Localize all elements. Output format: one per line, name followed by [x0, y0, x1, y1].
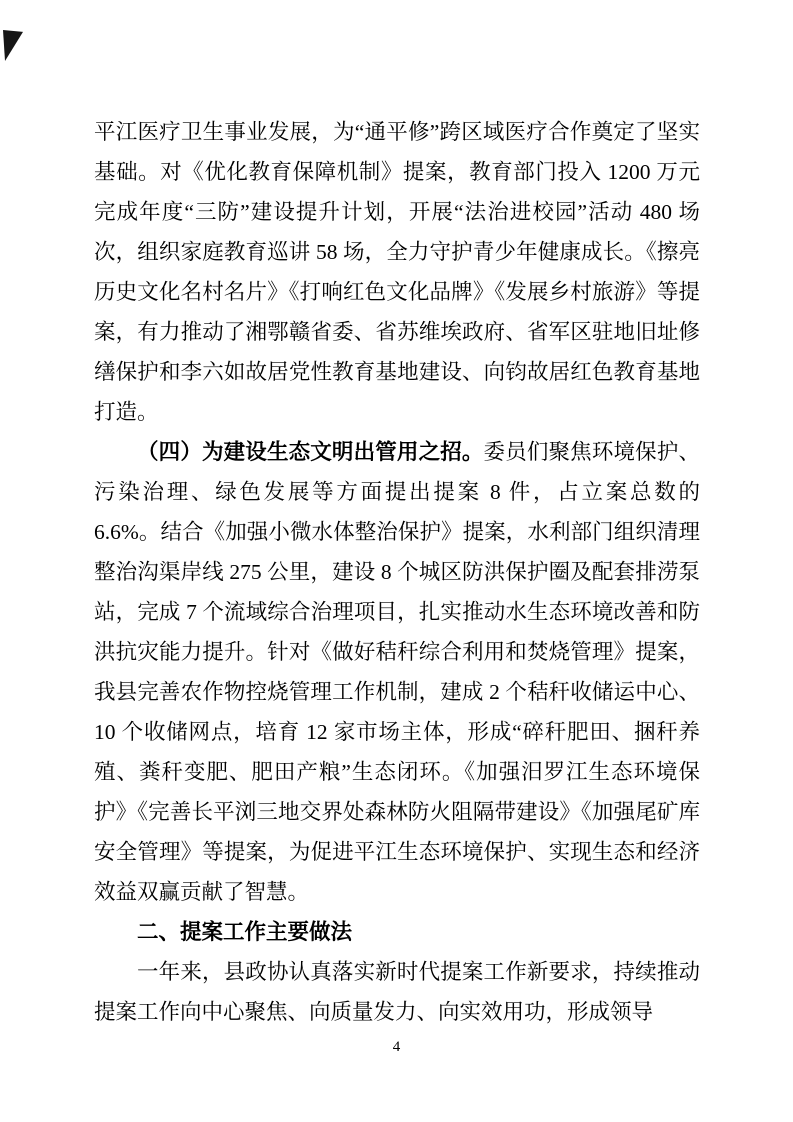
paragraph-ecology-lead: （四）为建设生态文明出管用之招。	[137, 440, 484, 464]
paragraph-ecology: （四）为建设生态文明出管用之招。委员们聚焦环境保护、污染治理、绿色发展等方面提出…	[94, 432, 700, 912]
document-page: 平江医疗卫生事业发展，为“通平修”跨区域医疗合作奠定了坚实基础。对《优化教育保障…	[0, 0, 793, 1122]
page-number: 4	[0, 1037, 793, 1057]
page-corner-scan-mark	[3, 30, 23, 61]
paragraph-methods-opening: 一年来，县政协认真落实新时代提案工作新要求，持续推动提案工作向中心聚焦、向质量发…	[94, 952, 700, 1032]
paragraph-continuation: 平江医疗卫生事业发展，为“通平修”跨区域医疗合作奠定了坚实基础。对《优化教育保障…	[94, 112, 700, 432]
document-body: 平江医疗卫生事业发展，为“通平修”跨区域医疗合作奠定了坚实基础。对《优化教育保障…	[94, 112, 700, 1032]
paragraph-ecology-text: 委员们聚焦环境保护、污染治理、绿色发展等方面提出提案 8 件，占立案总数的 6.…	[94, 440, 700, 904]
paragraph-methods-opening-text: 一年来，县政协认真落实新时代提案工作新要求，持续推动提案工作向中心聚焦、向质量发…	[94, 960, 700, 1024]
paragraph-continuation-text: 平江医疗卫生事业发展，为“通平修”跨区域医疗合作奠定了坚实基础。对《优化教育保障…	[94, 120, 700, 424]
section-heading: 二、提案工作主要做法	[94, 912, 700, 952]
